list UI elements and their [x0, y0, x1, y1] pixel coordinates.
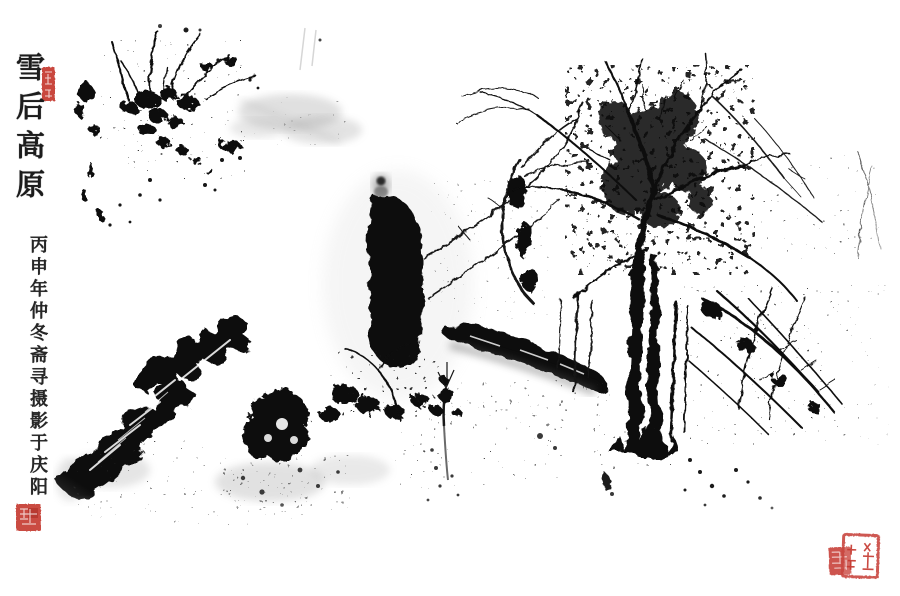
ink-painting: [0, 0, 900, 596]
artist-inscription: 丙申年仲冬斋寻摄影于庆阳: [24, 235, 50, 499]
corner-seal-outline: [842, 534, 878, 577]
artwork-canvas: 雪后高原 丙申年仲冬斋寻摄影于庆阳: [0, 0, 900, 596]
white-vignette: [0, 0, 900, 596]
painting-title-calligraphy: 雪后高原: [9, 52, 50, 208]
artist-signature-seal: [16, 504, 41, 531]
